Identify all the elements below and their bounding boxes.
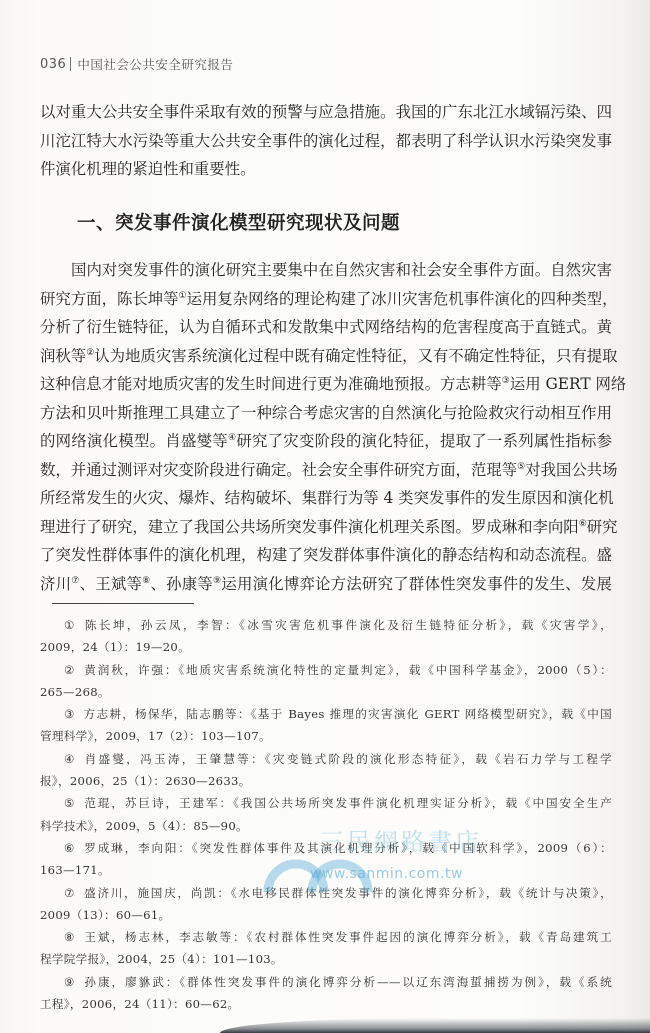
footnote-line: ②黄润秋，许强：《地质灾害系统演化特性的定量判定》，载《中国科学基金》，2000…	[40, 659, 612, 681]
text-segment: 运用演化博弈论方法研究了群体性突发事件的发生、发展	[221, 575, 612, 593]
intro-paragraph: 以对重大公共安全事件采取有效的预警与应急措施。我国的广东北江水域镉污染、四 川沱…	[40, 98, 612, 184]
text-segment: 数，并通过测评对灾变阶段进行确定。社会安全事件研究方面，范琨等	[40, 461, 517, 479]
footnote-text: 孙康，廖貅武：《群体性突发事件的演化博弈分析——以辽东湾海蜇捕捞为例》，载《系统	[84, 975, 612, 989]
footnote-7: ⑦盛济川，施国庆，尚凯：《水电移民群体性突发事件的演化博弈分析》，载《统计与决策…	[40, 882, 612, 927]
text-segment: 润秋等	[40, 347, 86, 365]
section-heading: 一、突发事件演化模型研究现状及问题	[77, 209, 400, 235]
footnote-text: 肖盛燮，冯玉涛，王肇慧等：《灾变链式阶段的演化形态特征》，载《岩石力学与工程学	[85, 752, 612, 766]
footnote-text: 方志耕，杨保华，陆志鹏等：《基于 Bayes 推理的灾害演化 GERT 网络模型…	[84, 707, 612, 721]
footnote-line: ⑧王斌，杨志林，李志敏等：《农村群体性突发事件起因的演化博弈分析》，载《青岛建筑…	[40, 926, 612, 948]
text-line: 了突发性群体事件的演化机理，构建了突发群体事件演化的静态结构和动态流程。盛	[40, 541, 612, 570]
footnote-5: ⑤范琨，苏巨诗，王建军：《我国公共场所突发事件演化机理实证分析》，载《中国安全生…	[40, 792, 612, 837]
footnote-number: ④	[64, 752, 77, 766]
footnote-line: 报》，2006，25（1）：2630—2633。	[40, 770, 612, 792]
footnote-line: 2009（13）：60—61。	[40, 904, 612, 926]
footnote-number: ⑨	[64, 975, 76, 989]
footnote-9: ⑨孙康，廖貅武：《群体性突发事件的演化博弈分析——以辽东湾海蜇捕捞为例》，载《系…	[40, 971, 612, 1016]
footnote-line: 程学院学报》，2004，25（4）：101—103。	[40, 948, 612, 970]
footnote-1: ①陈长坤，孙云凤，李智：《冰雪灾害危机事件演化及衍生链特征分析》，载《灾害学》，…	[40, 614, 612, 659]
footnote-text: 盛济川，施国庆，尚凯：《水电移民群体性突发事件的演化博弈分析》，载《统计与决策》…	[84, 886, 612, 900]
book-title: 中国社会公共安全研究报告	[77, 55, 233, 73]
footnote-text: 黄润秋，许强：《地质灾害系统演化特性的定量判定》，载《中国科学基金》，2000（…	[84, 663, 612, 677]
footnote-line: 163—171。	[40, 859, 612, 881]
footnote-number: ②	[64, 663, 76, 677]
footnote-line: 科学技术》，2009，5（4）：85—90。	[40, 815, 612, 837]
footnote-line: ⑤范琨，苏巨诗，王建军：《我国公共场所突发事件演化机理实证分析》，载《中国安全生…	[40, 792, 612, 814]
footnote-8: ⑧王斌，杨志林，李志敏等：《农村群体性突发事件起因的演化博弈分析》，载《青岛建筑…	[40, 926, 612, 971]
text-line: 所经常发生的火灾、爆炸、结构破坏、集群行为等 4 类突发事件的发生原因和演化机	[40, 484, 612, 513]
text-segment: 运用 GERT 网络	[510, 375, 626, 393]
footnote-text: 范琨，苏巨诗，王建军：《我国公共场所突发事件演化机理实证分析》，载《中国安全生产	[84, 796, 612, 810]
footnote-3: ③方志耕，杨保华，陆志鹏等：《基于 Bayes 推理的灾害演化 GERT 网络模…	[40, 703, 612, 748]
footnote-6: ⑥罗成琳，李向阳：《突发性群体事件及其演化机理分析》，载《中国软科学》，2009…	[40, 837, 612, 882]
footnote-line: 2009，24（1）：19—20。	[40, 636, 612, 658]
footnote-number: ⑥	[64, 841, 76, 855]
text-segment: 研究了灾变阶段的演化特征，提取了一系列属性指标参	[236, 432, 612, 450]
footnote-number: ③	[64, 707, 76, 721]
text-line: 济川⑦、王斌等⑧、孙康等⑨运用演化博弈论方法研究了群体性突发事件的发生、发展	[40, 570, 612, 599]
footnote-marker[interactable]: ①	[179, 291, 187, 301]
footnote-number: ①	[64, 618, 77, 632]
footnote-line: ④肖盛燮，冯玉涛，王肇慧等：《灾变链式阶段的演化形态特征》，载《岩石力学与工程学	[40, 748, 612, 770]
footnote-divider	[52, 603, 194, 604]
footnote-4: ④肖盛燮，冯玉涛，王肇慧等：《灾变链式阶段的演化形态特征》，载《岩石力学与工程学…	[40, 748, 612, 793]
footnote-marker[interactable]: ⑦	[71, 576, 79, 586]
text-line: 这种信息才能对地质灾害的发生时间进行更为准确地预报。方志耕等③运用 GERT 网…	[40, 370, 612, 399]
text-segment: 认为地质灾害系统演化过程中既有确定性特征，又有不确定性特征，只有提取	[94, 347, 617, 365]
footnote-line: ⑦盛济川，施国庆，尚凯：《水电移民群体性突发事件的演化博弈分析》，载《统计与决策…	[40, 882, 612, 904]
text-line: 的网络演化模型。肖盛燮等④研究了灾变阶段的演化特征，提取了一系列属性指标参	[40, 427, 612, 456]
text-segment: 研究方面，陈长坤等	[40, 290, 179, 308]
footnotes: ①陈长坤，孙云凤，李智：《冰雪灾害危机事件演化及衍生链特征分析》，载《灾害学》，…	[40, 614, 612, 1015]
text-segment: 这种信息才能对地质灾害的发生时间进行更为准确地预报。方志耕等	[40, 375, 502, 393]
text-line: 以对重大公共安全事件采取有效的预警与应急措施。我国的广东北江水域镉污染、四	[40, 98, 612, 127]
text-line: 分析了衍生链特征，认为自循环式和发散集中式网络结构的危害程度高于直链式。黄	[40, 313, 612, 342]
footnote-line: 工程》，2006，24（11）：60—62。	[40, 993, 612, 1015]
page-number: 036	[40, 57, 66, 72]
text-segment: 、孙康等	[150, 575, 213, 593]
footnote-line: 265—268。	[40, 681, 612, 703]
footnote-text: 罗成琳，李向阳：《突发性群体事件及其演化机理分析》，载《中国软科学》，2009（…	[84, 841, 612, 855]
text-line: 数，并通过测评对灾变阶段进行确定。社会安全事件研究方面，范琨等⑤对我国公共场	[40, 456, 612, 485]
text-segment: 、王斌等	[80, 575, 143, 593]
header-separator	[70, 57, 71, 71]
text-line: 润秋等②认为地质灾害系统演化过程中既有确定性特征，又有不确定性特征，只有提取	[40, 342, 612, 371]
footnote-marker[interactable]: ③	[502, 376, 510, 386]
footnote-line: 管理科学》，2009，17（2）：103—107。	[40, 725, 612, 747]
footnote-text: 陈长坤，孙云凤，李智：《冰雪灾害危机事件演化及衍生链特征分析》，载《灾害学》，	[85, 618, 612, 632]
text-segment: 运用复杂网络的理论构建了冰川灾害危机事件演化的四种类型，	[187, 290, 618, 308]
book-page: 036 中国社会公共安全研究报告 以对重大公共安全事件采取有效的预警与应急措施。…	[0, 0, 650, 1033]
footnote-line: ①陈长坤，孙云凤，李智：《冰雪灾害危机事件演化及衍生链特征分析》，载《灾害学》，	[40, 614, 612, 636]
text-segment: 济川	[40, 575, 71, 593]
page-edge-shadow	[220, 1018, 650, 1033]
footnote-line: ⑨孙康，廖貅武：《群体性突发事件的演化博弈分析——以辽东湾海蜇捕捞为例》，载《系…	[40, 971, 612, 993]
text-line: 川沱江特大水污染等重大公共安全事件的演化过程，都表明了科学认识水污染突发事	[40, 127, 612, 156]
text-line: 方法和贝叶斯推理工具建立了一种综合考虑灾害的自然演化与抢险救灾行动相互作用	[40, 399, 612, 428]
footnote-marker[interactable]: ⑤	[517, 462, 525, 472]
footnote-line: ⑥罗成琳，李向阳：《突发性群体事件及其演化机理分析》，载《中国软科学》，2009…	[40, 837, 612, 859]
text-line: 研究方面，陈长坤等①运用复杂网络的理论构建了冰川灾害危机事件演化的四种类型，	[40, 285, 612, 314]
running-header: 036 中国社会公共安全研究报告	[40, 55, 233, 73]
main-paragraph: 国内对突发事件的演化研究主要集中在自然灾害和社会安全事件方面。自然灾害 研究方面…	[40, 256, 612, 598]
text-segment: 对我国公共场	[525, 461, 617, 479]
text-line: 国内对突发事件的演化研究主要集中在自然灾害和社会安全事件方面。自然灾害	[40, 256, 612, 285]
footnote-marker[interactable]: ⑥	[579, 519, 587, 529]
text-line: 理进行了研究，建立了我国公共场所突发事件演化机理关系图。罗成琳和李向阳⑥研究	[40, 513, 612, 542]
footnote-number: ⑤	[64, 796, 76, 810]
text-line: 件演化机理的紧迫性和重要性。	[40, 155, 612, 184]
footnote-2: ②黄润秋，许强：《地质灾害系统演化特性的定量判定》，载《中国科学基金》，2000…	[40, 659, 612, 704]
footnote-text: 王斌，杨志林，李志敏等：《农村群体性突发事件起因的演化博弈分析》，载《青岛建筑工	[84, 930, 612, 944]
footnote-number: ⑧	[64, 930, 76, 944]
footnote-line: ③方志耕，杨保华，陆志鹏等：《基于 Bayes 推理的灾害演化 GERT 网络模…	[40, 703, 612, 725]
text-segment: 的网络演化模型。肖盛燮等	[40, 432, 228, 450]
text-segment: 研究	[587, 518, 618, 536]
footnote-number: ⑦	[64, 886, 76, 900]
text-segment: 理进行了研究，建立了我国公共场所突发事件演化机理关系图。罗成琳和李向阳	[40, 518, 579, 536]
